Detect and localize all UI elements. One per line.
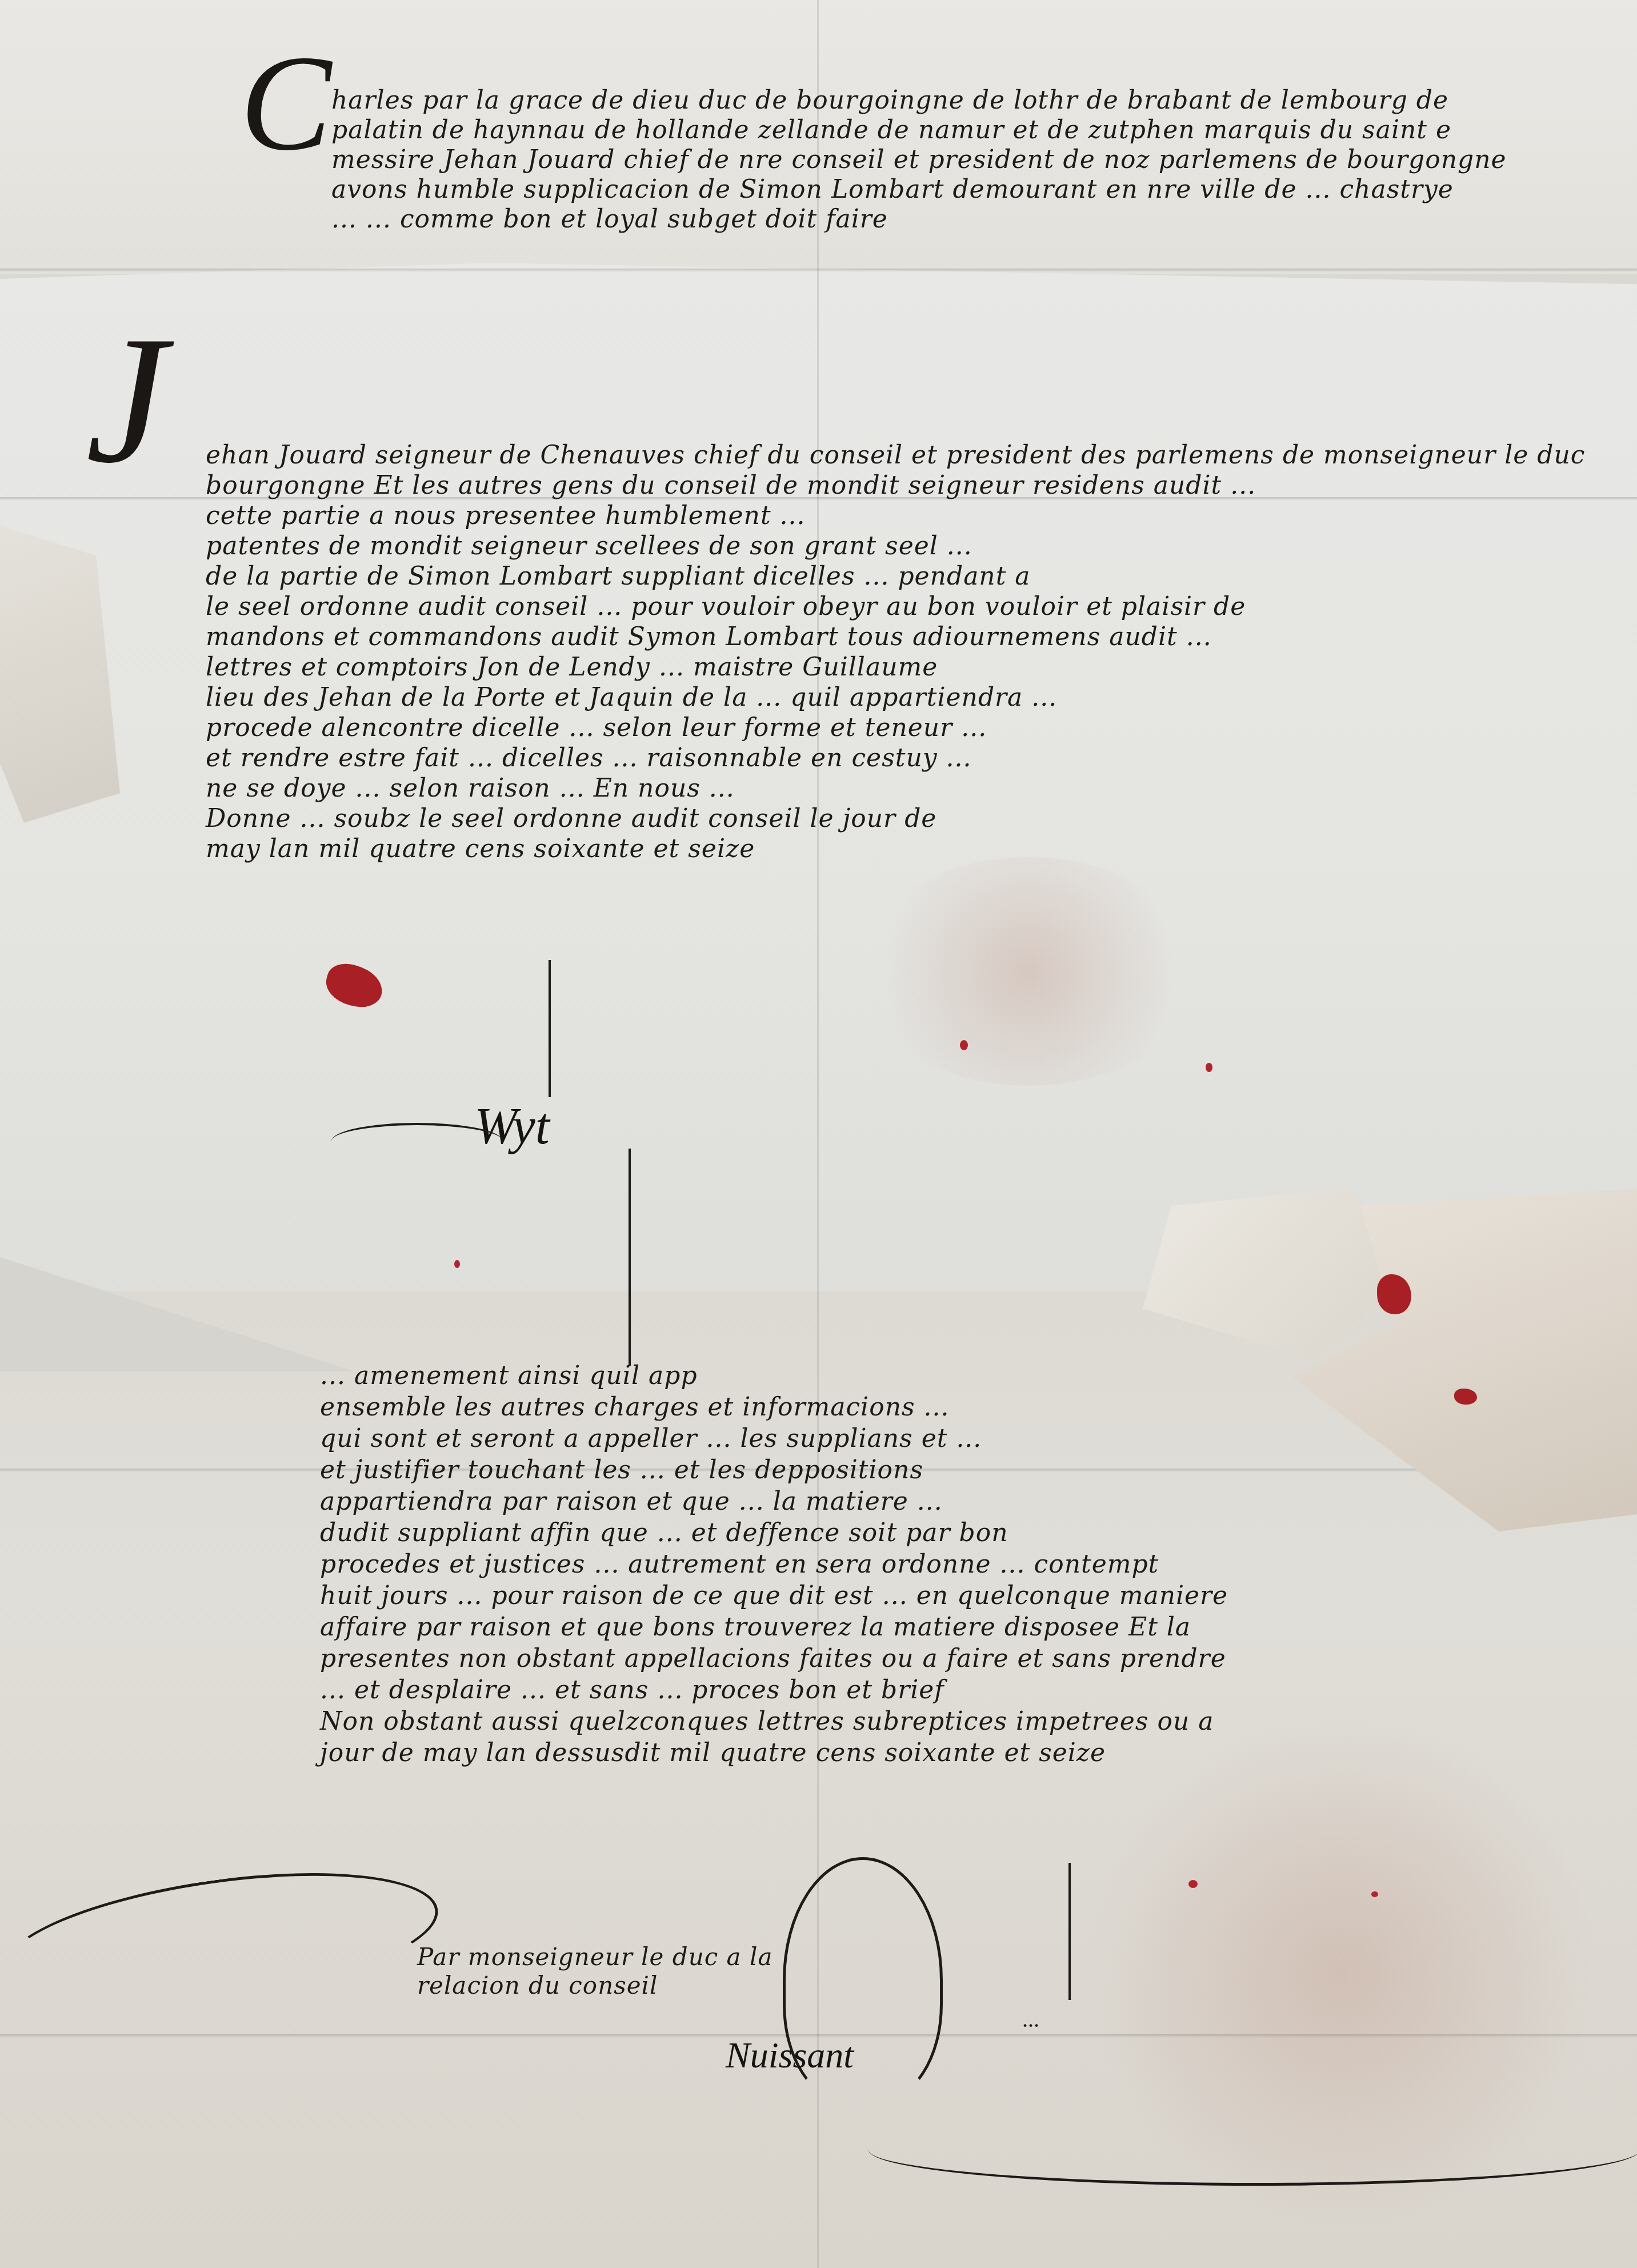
letter-text: ehan Jouard seigneur de Chenauves chief … xyxy=(206,440,1585,864)
letter-line: ehan Jouard seigneur de Chenauves chief … xyxy=(206,440,1585,470)
letter-line: patentes de mondit seigneur scellees de … xyxy=(206,531,1585,561)
wax-drop xyxy=(454,1260,460,1268)
lower-line: ... et desplaire ... et sans ... proces … xyxy=(320,1674,1228,1706)
relacion-line: relacion du conseil xyxy=(417,1971,773,2000)
lower-line: qui sont et seront a appeller ... les su… xyxy=(320,1423,1228,1454)
header-line: ... ... comme bon et loyal subget doit f… xyxy=(331,205,1507,234)
header-line: palatin de haynnau de hollande zellande … xyxy=(331,115,1507,145)
letter-line: procede alencontre dicelle ... selon leu… xyxy=(206,713,1585,743)
mark-cross-stroke xyxy=(1068,1863,1071,2000)
header-line: messire Jehan Jouard chief de nre consei… xyxy=(331,145,1507,175)
letter-line: cette partie a nous presentee humblement… xyxy=(206,501,1585,531)
lower-line: ... amenement ainsi quil app xyxy=(320,1360,1228,1391)
lower-line: jour de may lan dessusdit mil quatre cen… xyxy=(320,1737,1228,1769)
letter-line: lettres et comptoirs Jon de Lendy ... ma… xyxy=(206,652,1585,682)
lower-line: et justifier touchant les ... et les dep… xyxy=(320,1454,1228,1486)
header-line: avons humble supplicacion de Simon Lomba… xyxy=(331,175,1507,205)
signature-cross-stroke xyxy=(549,960,551,1097)
horizontal-fold-crease xyxy=(0,269,1637,272)
letter-line: mandons et commandons audit Symon Lombar… xyxy=(206,622,1585,652)
letter-line: ne se doye ... selon raison ... En nous … xyxy=(206,773,1585,803)
letter-line: Donne ... soubz le seel ordonne audit co… xyxy=(206,803,1585,834)
letter-line: et rendre estre fait ... dicelles ... ra… xyxy=(206,743,1585,773)
right-mark: ... xyxy=(1023,2006,1040,2033)
wax-drop xyxy=(960,1040,968,1050)
wax-drop xyxy=(1188,1880,1198,1888)
letter-line: de la partie de Simon Lombart suppliant … xyxy=(206,561,1585,591)
letter-line: lieu des Jehan de la Porte et Jaquin de … xyxy=(206,682,1585,713)
signature-flourish xyxy=(331,1123,503,1159)
lower-line: huit jours ... pour raison de ce que dit… xyxy=(320,1580,1228,1611)
header-initial: C xyxy=(240,34,331,171)
main-signature: Wyt xyxy=(474,1097,550,1156)
lower-line: dudit suppliant affin que ... et deffenc… xyxy=(320,1517,1228,1549)
header-line: harles par la grace de dieu duc de bourg… xyxy=(331,86,1507,115)
lower-line: procedes et justices ... autrement en se… xyxy=(320,1549,1228,1580)
foxing-stain xyxy=(857,857,1200,1086)
signature-sweep-stroke xyxy=(868,2114,1637,2186)
lower-line: presentes non obstant appellacions faite… xyxy=(320,1643,1228,1674)
letter-line: may lan mil quatre cens soixante et seiz… xyxy=(206,834,1585,864)
bottom-signature: Nuissant xyxy=(726,2034,854,2077)
right-mark-text: ... xyxy=(1023,2006,1040,2032)
lower-text: ... amenement ainsi quil app ensemble le… xyxy=(320,1360,1228,1769)
relacion-line: Par monseigneur le duc a la xyxy=(417,1943,773,1971)
letter-line: le seel ordonne audit conseil ... pour v… xyxy=(206,591,1585,622)
header-text: harles par la grace de dieu duc de bourg… xyxy=(331,86,1507,234)
lower-line: ensemble les autres charges et informaci… xyxy=(320,1391,1228,1423)
wax-drop xyxy=(1371,1891,1378,1897)
lower-line: appartiendra par raison et que ... la ma… xyxy=(320,1486,1228,1517)
lower-line: affaire par raison et que bons trouverez… xyxy=(320,1611,1228,1643)
letter-initial: J xyxy=(86,309,167,491)
wax-drop xyxy=(1206,1063,1212,1072)
signature-descender xyxy=(629,1149,631,1366)
lower-line: Non obstant aussi quelzconques lettres s… xyxy=(320,1706,1228,1737)
relacion-endorsement: Par monseigneur le duc a la relacion du … xyxy=(417,1943,773,2000)
letter-line: bourgongne Et les autres gens du conseil… xyxy=(206,470,1585,501)
red-wax-residue xyxy=(1454,1389,1477,1405)
